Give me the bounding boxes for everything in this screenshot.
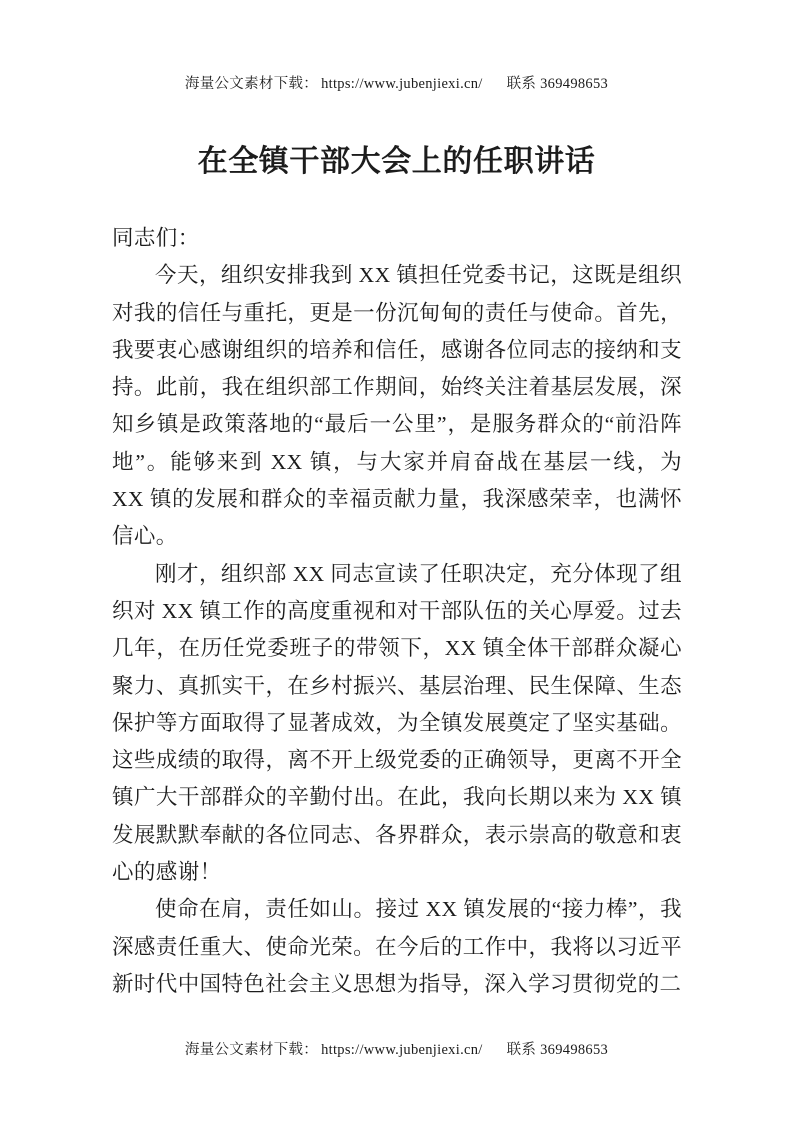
document-body: 同志们： 今天，组织安排我到 XX 镇担任党委书记，这既是组织对我的信任与重托，… (112, 220, 682, 1003)
page-footer: 海量公文素材下载：https://www.jubenjiexi.cn/联系 36… (0, 1038, 793, 1059)
paragraph-gratitude: 刚才，组织部 XX 同志宣读了任职决定，充分体现了组织对 XX 镇工作的高度重视… (112, 556, 682, 892)
paragraph-salutation: 同志们： (112, 220, 682, 257)
paragraph-commitment: 使命在肩，责任如山。接过 XX 镇发展的“接力棒”，我深感责任重大、使命光荣。在… (112, 891, 682, 1003)
footer-contact: 联系 369498653 (507, 1042, 608, 1058)
header-contact: 联系 369498653 (507, 76, 608, 92)
document-title: 在全镇干部大会上的任职讲话 (0, 136, 793, 180)
document-page: 海量公文素材下载：https://www.jubenjiexi.cn/联系 36… (0, 0, 793, 1122)
page-header: 海量公文素材下载：https://www.jubenjiexi.cn/联系 36… (0, 72, 793, 93)
footer-label: 海量公文素材下载： (185, 1042, 318, 1058)
header-url: https://www.jubenjiexi.cn/ (321, 76, 483, 92)
paragraph-opening: 今天，组织安排我到 XX 镇担任党委书记，这既是组织对我的信任与重托，更是一份沉… (112, 257, 682, 555)
footer-url: https://www.jubenjiexi.cn/ (321, 1042, 483, 1058)
header-label: 海量公文素材下载： (185, 76, 318, 92)
